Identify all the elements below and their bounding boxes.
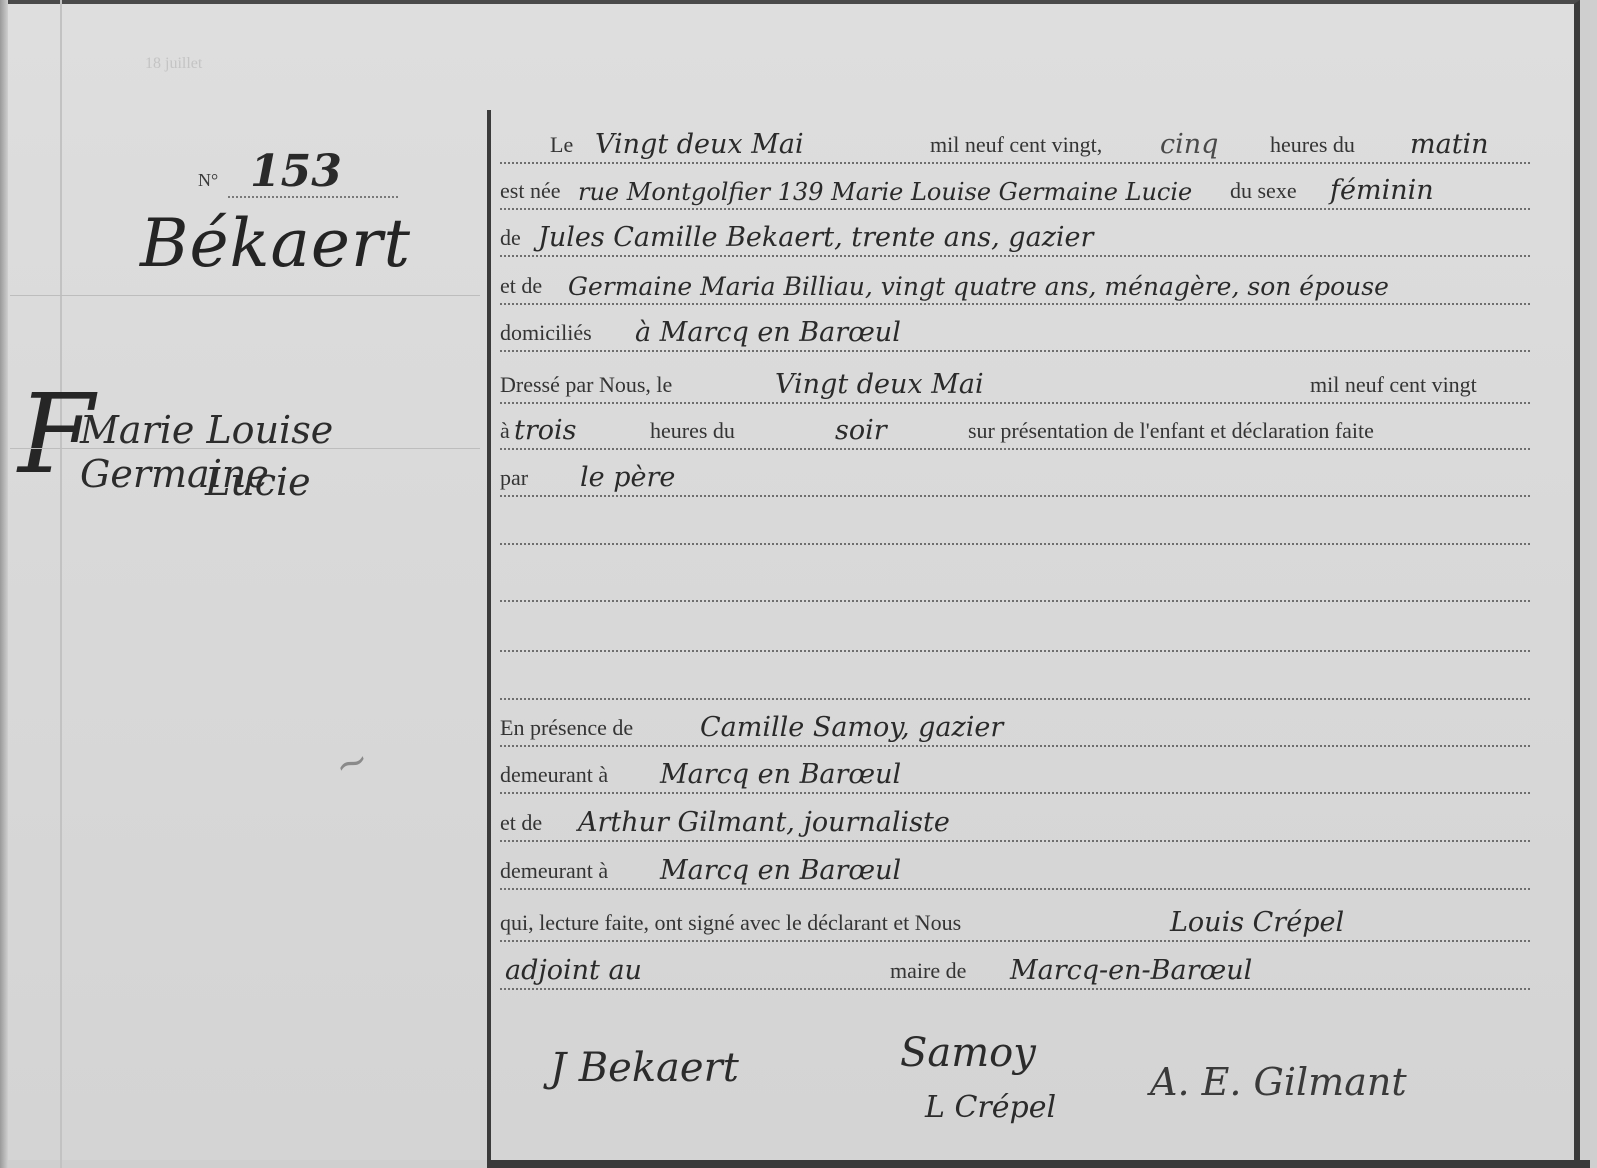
blank-line [500,560,1530,602]
record-line-closing: qui, lecture faite, ont signé avec le dé… [500,900,1530,942]
birth-hour: cinq [1160,129,1218,160]
officer-name: Louis Crépel [1170,907,1344,938]
record-line-witness1-residence: demeurant à Marcq en Barœul [500,752,1530,794]
record-line-drawn: Dressé par Nous, le Vingt deux Mai mil n… [500,362,1530,404]
declarant: le père [580,462,675,493]
record-line-father: de Jules Camille Bekaert, trente ans, ga… [500,215,1530,257]
drawn-date: Vingt deux Mai [775,369,984,400]
signature-officer: L Crépel [925,1090,1056,1125]
witness2-name: Arthur Gilmant, journaliste [578,807,950,838]
record-line-mother: et de Germaine Maria Billiau, vingt quat… [500,263,1530,305]
record-line-born: est née rue Montgolfier 139 Marie Louise… [500,168,1530,210]
signature-declarant: J Bekaert [550,1045,739,1091]
printed-a: à [500,418,510,444]
blank-line [500,658,1530,700]
birth-date: Vingt deux Mai [595,129,804,160]
witness1-residence: Marcq en Barœul [660,759,901,790]
record-line-domicile: domiciliés à Marcq en Barœul [500,310,1530,352]
printed-et-de: et de [500,810,542,836]
printed-de: de [500,225,521,251]
witness1-name: Camille Samoy, gazier [700,712,1003,743]
printed-sex: du sexe [1230,178,1297,204]
record-line-date: Le Vingt deux Mai mil neuf cent vingt, c… [500,122,1530,164]
blank-line [500,503,1530,545]
printed-year: mil neuf cent vingt [1310,372,1477,398]
record-line-officer: adjoint au maire de Marcq-en-Barœul [500,948,1530,990]
page-bottom-edge [490,1160,1590,1168]
child-sex: féminin [1330,175,1434,206]
printed-presentation: sur présentation de l'enfant et déclarat… [968,418,1374,444]
record-line-declarant: par le père [500,455,1530,497]
drawn-hour: trois [514,415,577,446]
birth-time-of-day: matin [1410,129,1489,160]
printed-domicile: domiciliés [500,320,592,346]
faint-bleed-through-text: 18 juillet [145,55,202,73]
margin-rule [10,295,480,296]
blank-line [500,610,1530,652]
printed-et-de: et de [500,273,542,299]
signature-witness1: Samoy [900,1030,1036,1076]
acte-number-label: N° [198,170,218,191]
printed-residing: demeurant à [500,762,608,788]
printed-presence: En présence de [500,715,633,741]
record-line-witness1: En présence de Camille Samoy, gazier [500,705,1530,747]
acte-number: 153 [250,146,342,197]
margin-surname: Békaert [140,205,411,282]
printed-signed: qui, lecture faite, ont signé avec le dé… [500,910,961,936]
record-line-drawn-time: à trois heures du soir sur présentation … [500,408,1530,450]
printed-le: Le [550,132,573,158]
printed-born: est née [500,178,560,204]
column-divider [487,110,491,1168]
margin-rule [10,448,480,449]
printed-residing: demeurant à [500,858,608,884]
printed-dresse: Dressé par Nous, le [500,372,672,398]
printed-hours: heures du [650,418,735,444]
drawn-time-of-day: soir [835,415,887,446]
record-line-witness2-residence: demeurant à Marcq en Barœul [500,848,1530,890]
printed-hours: heures du [1270,132,1355,158]
commune: Marcq-en-Barœul [1010,955,1252,986]
record-line-witness2: et de Arthur Gilmant, journaliste [500,800,1530,842]
witness2-residence: Marcq en Barœul [660,855,901,886]
mother-details: Germaine Maria Billiau, vingt quatre ans… [568,272,1389,301]
domicile: à Marcq en Barœul [635,317,901,348]
margin-column: 18 juillet N° 153 Békaert F Marie Louise… [0,0,488,1168]
printed-par: par [500,465,528,491]
signature-witness2: A. E. Gilmant [1150,1060,1407,1104]
printed-year: mil neuf cent vingt, [930,132,1102,158]
printed-mayor: maire de [890,958,966,984]
margin-pen-mark: ~ [328,736,375,791]
officer-title: adjoint au [505,955,642,986]
margin-given-names-2: Lucie [205,460,311,504]
father-details: Jules Camille Bekaert, trente ans, gazie… [538,222,1093,253]
birthplace-and-names: rue Montgolfier 139 Marie Louise Germain… [578,178,1192,206]
